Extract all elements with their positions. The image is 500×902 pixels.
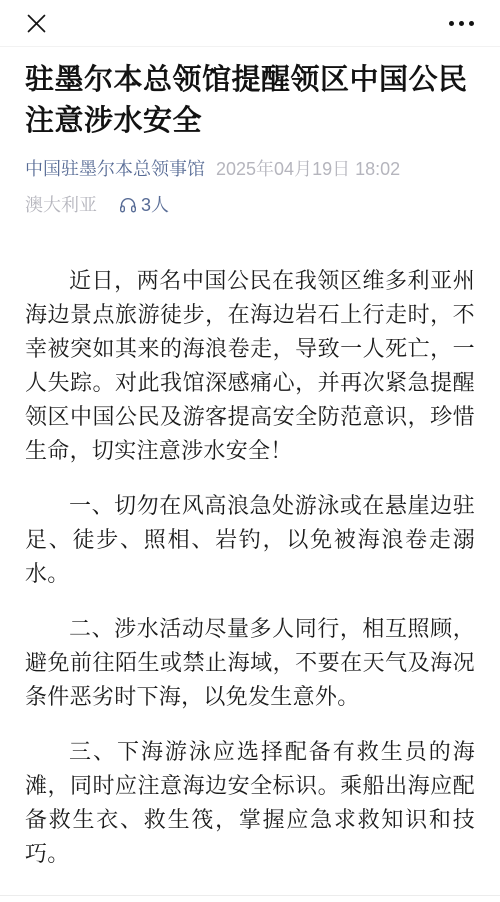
article-paragraph: 二、涉水活动尽量多人同行，相互照顾，避免前往陌生或禁止海域，不要在天气及海况条件… <box>25 612 475 714</box>
publish-date: 2025年04月19日 18:02 <box>216 157 400 181</box>
headphone-icon <box>118 195 138 215</box>
close-icon <box>27 14 46 33</box>
topbar <box>0 0 500 47</box>
listen-count-link[interactable]: 3人 <box>118 193 169 217</box>
article-body: 近日，两名中国公民在我领区维多利亚州海边景点旅游徒步，在海边岩石上行走时，不幸被… <box>25 264 475 871</box>
article-container: 驻墨尔本总领馆提醒领区中国公民注意涉水安全 中国驻墨尔本总领事馆 2025年04… <box>0 60 500 871</box>
more-icon <box>449 21 454 26</box>
more-menu-button[interactable] <box>449 13 474 33</box>
location-label: 澳大利亚 <box>25 193 97 217</box>
page-title: 驻墨尔本总领馆提醒领区中国公民注意涉水安全 <box>25 60 475 142</box>
article-paragraph: 三、下海游泳应选择配备有救生员的海滩，同时应注意海边安全标识。乘船出海应配备救生… <box>25 735 475 871</box>
close-button[interactable] <box>27 14 46 33</box>
more-icon <box>469 21 474 26</box>
more-icon <box>459 21 464 26</box>
article-paragraph: 一、切勿在风高浪急处游泳或在悬崖边驻足、徒步、照相、岩钓，以免被海浪卷走溺水。 <box>25 489 475 591</box>
meta-row: 中国驻墨尔本总领事馆 2025年04月19日 18:02 <box>25 157 475 181</box>
official-account-link[interactable]: 中国驻墨尔本总领事馆 <box>25 157 205 181</box>
meta-row-secondary: 澳大利亚 3人 <box>25 193 475 217</box>
listen-count-label: 3人 <box>141 193 169 217</box>
bottom-divider <box>0 895 500 896</box>
article-paragraph: 近日，两名中国公民在我领区维多利亚州海边景点旅游徒步，在海边岩石上行走时，不幸被… <box>25 264 475 468</box>
